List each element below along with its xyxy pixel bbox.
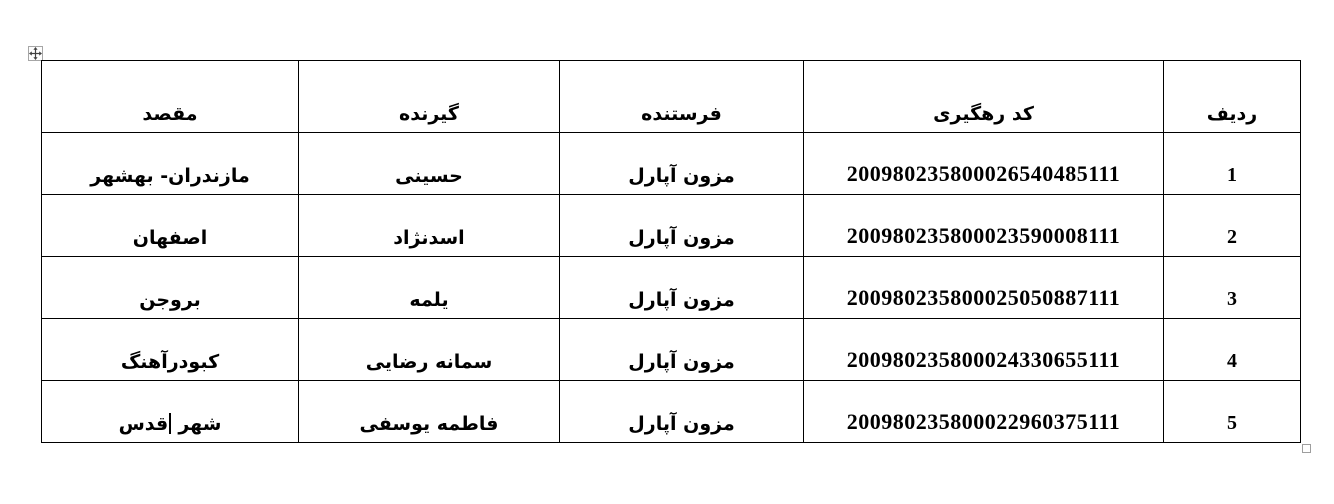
column-header-radif[interactable]: ردیف — [1164, 61, 1301, 133]
table-header: ردیف کد رهگیری فرستنده گیرنده مقصد — [42, 61, 1301, 133]
cell-sender[interactable]: مزون آپارل — [560, 133, 804, 195]
table-row: 3200980235800025050887111مزون آپارلیلمهب… — [42, 257, 1301, 319]
cell-destination[interactable]: کبودرآهنگ — [42, 319, 299, 381]
table-row: 2200980235800023590008111مزون آپارلاسدنژ… — [42, 195, 1301, 257]
cell-code[interactable]: 200980235800023590008111 — [804, 195, 1164, 257]
cell-destination[interactable]: شهر قدس — [42, 381, 299, 443]
column-header-destination[interactable]: مقصد — [42, 61, 299, 133]
header-row: ردیف کد رهگیری فرستنده گیرنده مقصد — [42, 61, 1301, 133]
cell-code[interactable]: 200980235800022960375111 — [804, 381, 1164, 443]
column-header-receiver[interactable]: گیرنده — [299, 61, 560, 133]
cell-receiver[interactable]: سمانه رضایی — [299, 319, 560, 381]
cell-receiver[interactable]: حسینی — [299, 133, 560, 195]
cell-radif[interactable]: 5 — [1164, 381, 1301, 443]
cell-radif[interactable]: 1 — [1164, 133, 1301, 195]
text-cursor — [169, 413, 171, 434]
cell-receiver[interactable]: اسدنژاد — [299, 195, 560, 257]
move-icon — [29, 47, 42, 60]
cell-sender[interactable]: مزون آپارل — [560, 195, 804, 257]
cell-destination[interactable]: اصفهان — [42, 195, 299, 257]
cell-code[interactable]: 200980235800025050887111 — [804, 257, 1164, 319]
table-row: 4200980235800024330655111مزون آپارلسمانه… — [42, 319, 1301, 381]
cell-destination[interactable]: مازندران- بهشهر — [42, 133, 299, 195]
cell-radif[interactable]: 2 — [1164, 195, 1301, 257]
column-header-sender[interactable]: فرستنده — [560, 61, 804, 133]
table-move-handle[interactable] — [28, 46, 43, 61]
shipments-table: ردیف کد رهگیری فرستنده گیرنده مقصد 12009… — [41, 60, 1301, 443]
cell-code[interactable]: 200980235800026540485111 — [804, 133, 1164, 195]
cell-code[interactable]: 200980235800024330655111 — [804, 319, 1164, 381]
cell-receiver[interactable]: یلمه — [299, 257, 560, 319]
cell-sender[interactable]: مزون آپارل — [560, 319, 804, 381]
cell-radif[interactable]: 3 — [1164, 257, 1301, 319]
table-row: 5200980235800022960375111مزون آپارلفاطمه… — [42, 381, 1301, 443]
table-resize-handle[interactable] — [1302, 444, 1311, 453]
column-header-code[interactable]: کد رهگیری — [804, 61, 1164, 133]
table-row: 1200980235800026540485111مزون آپارلحسینی… — [42, 133, 1301, 195]
document-page: ردیف کد رهگیری فرستنده گیرنده مقصد 12009… — [0, 0, 1334, 504]
cell-radif[interactable]: 4 — [1164, 319, 1301, 381]
cell-sender[interactable]: مزون آپارل — [560, 257, 804, 319]
cell-receiver[interactable]: فاطمه یوسفی — [299, 381, 560, 443]
cell-destination[interactable]: بروجن — [42, 257, 299, 319]
cell-sender[interactable]: مزون آپارل — [560, 381, 804, 443]
table-body: 1200980235800026540485111مزون آپارلحسینی… — [42, 133, 1301, 443]
